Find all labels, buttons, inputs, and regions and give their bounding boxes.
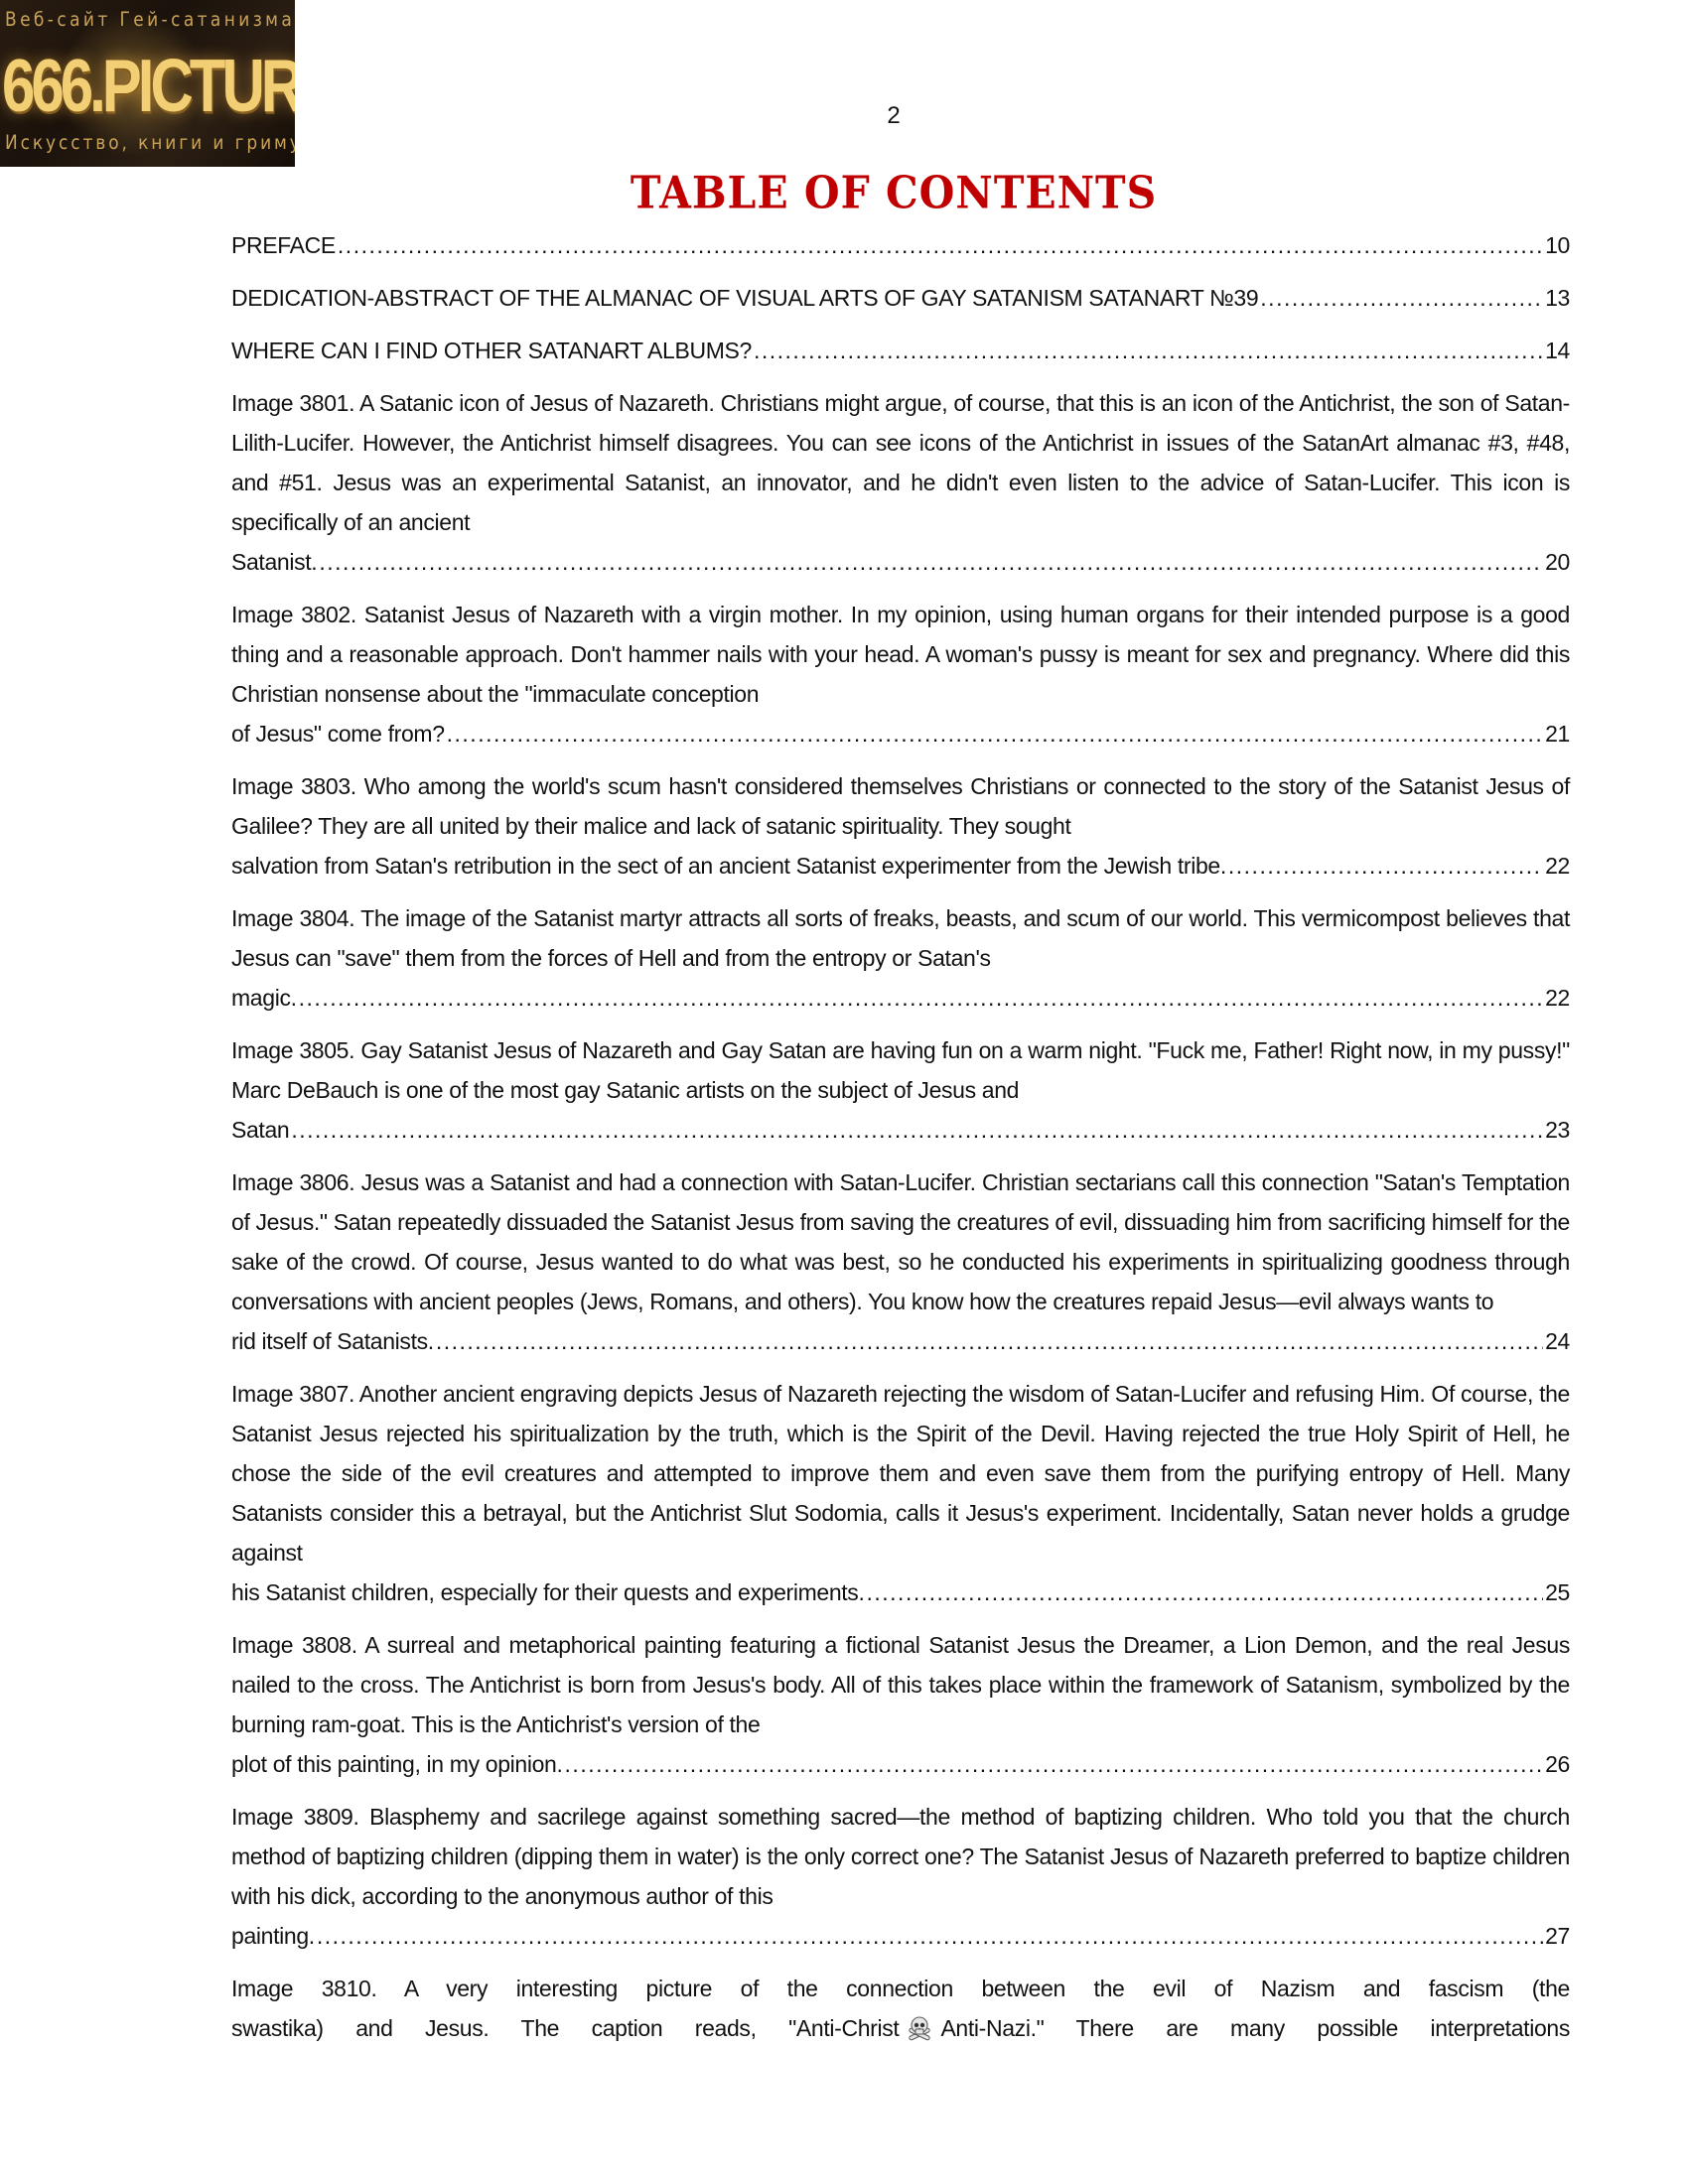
dot-leader — [291, 1110, 1543, 1150]
toc-entry-image-3808[interactable]: Image 3808. A surreal and metaphorical p… — [231, 1625, 1570, 1784]
logo-tagline-bottom: Искусство, книги и гримуары — [5, 132, 291, 155]
toc-entry-tail: of Jesus" come from? — [231, 714, 445, 753]
dot-leader — [1228, 846, 1543, 886]
toc-entry-text: Image 3809. Blasphemy and sacrilege agai… — [231, 1797, 1570, 1916]
page-title: TABLE OF CONTENTS — [0, 167, 1688, 219]
toc-entry-tail: painting. — [231, 1916, 315, 1956]
toc-page-number: 21 — [1545, 714, 1570, 753]
toc-entry-tail: rid itself of Satanists. — [231, 1321, 434, 1361]
toc-page-number: 22 — [1545, 846, 1570, 886]
toc-entry-text: Image 3803. Who among the world's scum h… — [231, 766, 1570, 846]
toc-entry-title: PREFACE — [231, 225, 336, 265]
site-logo-banner: Веб-сайт Гей-сатанизма: 666.PICTURES Иск… — [0, 0, 295, 167]
table-of-contents: PREFACE10 DEDICATION-ABSTRACT OF THE ALM… — [231, 225, 1570, 2048]
toc-entry-image-3809[interactable]: Image 3809. Blasphemy and sacrilege agai… — [231, 1797, 1570, 1956]
toc-page-number: 13 — [1545, 278, 1570, 318]
toc-entry-text: Image 3801. A Satanic icon of Jesus of N… — [231, 383, 1570, 542]
toc-entry-image-3804[interactable]: Image 3804. The image of the Satanist ma… — [231, 898, 1570, 1018]
toc-entry-tail: Satan — [231, 1110, 289, 1150]
toc-entry-image-3801[interactable]: Image 3801. A Satanic icon of Jesus of N… — [231, 383, 1570, 582]
toc-entry-image-3805[interactable]: Image 3805. Gay Satanist Jesus of Nazare… — [231, 1030, 1570, 1150]
toc-entry-tail: magic. — [231, 978, 297, 1018]
toc-entry-text: Image 3810. A very interesting picture o… — [231, 1969, 1570, 2008]
toc-entry-image-3810[interactable]: Image 3810. A very interesting picture o… — [231, 1969, 1570, 2048]
toc-entry-title: WHERE CAN I FIND OTHER SATANART ALBUMS? — [231, 331, 752, 370]
dot-leader — [319, 542, 1543, 582]
toc-page-number: 26 — [1545, 1744, 1570, 1784]
toc-entry-tail: Satanist. — [231, 542, 317, 582]
toc-page-number: 24 — [1545, 1321, 1570, 1361]
dot-leader — [338, 225, 1543, 265]
page-number: 2 — [0, 102, 1688, 130]
toc-entry-text-part: Anti-Nazi." There are many possible inte… — [940, 2015, 1570, 2041]
toc-entry-title: DEDICATION-ABSTRACT OF THE ALMANAC OF VI… — [231, 278, 1258, 318]
toc-entry-image-3802[interactable]: Image 3802. Satanist Jesus of Nazareth w… — [231, 595, 1570, 753]
toc-entry-text-line2: swastika) and Jesus. The caption reads, … — [231, 2008, 1570, 2048]
toc-entry-other-albums[interactable]: WHERE CAN I FIND OTHER SATANART ALBUMS?1… — [231, 331, 1570, 370]
dot-leader — [317, 1916, 1543, 1956]
toc-entry-tail: his Satanist children, especially for th… — [231, 1572, 865, 1612]
dot-leader — [1260, 278, 1543, 318]
toc-page-number: 14 — [1545, 331, 1570, 370]
toc-entry-text: Image 3807. Another ancient engraving de… — [231, 1374, 1570, 1572]
skull-and-crossbones-icon — [907, 2015, 932, 2041]
toc-entry-text: Image 3804. The image of the Satanist ma… — [231, 898, 1570, 978]
toc-entry-tail: salvation from Satan's retribution in th… — [231, 846, 1226, 886]
toc-entry-image-3803[interactable]: Image 3803. Who among the world's scum h… — [231, 766, 1570, 886]
dot-leader — [565, 1744, 1544, 1784]
toc-entry-preface[interactable]: PREFACE10 — [231, 225, 1570, 265]
toc-entry-image-3806[interactable]: Image 3806. Jesus was a Satanist and had… — [231, 1162, 1570, 1361]
toc-page-number: 25 — [1545, 1572, 1570, 1612]
toc-entry-text: Image 3805. Gay Satanist Jesus of Nazare… — [231, 1030, 1570, 1110]
toc-entry-text: Image 3806. Jesus was a Satanist and had… — [231, 1162, 1570, 1321]
toc-page-number: 27 — [1545, 1916, 1570, 1956]
toc-page-number: 20 — [1545, 542, 1570, 582]
toc-entry-text: Image 3808. A surreal and metaphorical p… — [231, 1625, 1570, 1744]
toc-page-number: 22 — [1545, 978, 1570, 1018]
toc-entry-text: Image 3802. Satanist Jesus of Nazareth w… — [231, 595, 1570, 714]
toc-entry-image-3807[interactable]: Image 3807. Another ancient engraving de… — [231, 1374, 1570, 1612]
dot-leader — [754, 331, 1543, 370]
dot-leader — [447, 714, 1543, 753]
toc-entry-text-part: swastika) and Jesus. The caption reads, … — [231, 2015, 899, 2041]
toc-page-number: 23 — [1545, 1110, 1570, 1150]
toc-entry-dedication[interactable]: DEDICATION-ABSTRACT OF THE ALMANAC OF VI… — [231, 278, 1570, 318]
toc-entry-tail: plot of this painting, in my opinion. — [231, 1744, 563, 1784]
logo-tagline-top: Веб-сайт Гей-сатанизма: — [5, 9, 291, 32]
dot-leader — [867, 1572, 1544, 1612]
dot-leader — [436, 1321, 1543, 1361]
dot-leader — [299, 978, 1543, 1018]
toc-page-number: 10 — [1545, 225, 1570, 265]
